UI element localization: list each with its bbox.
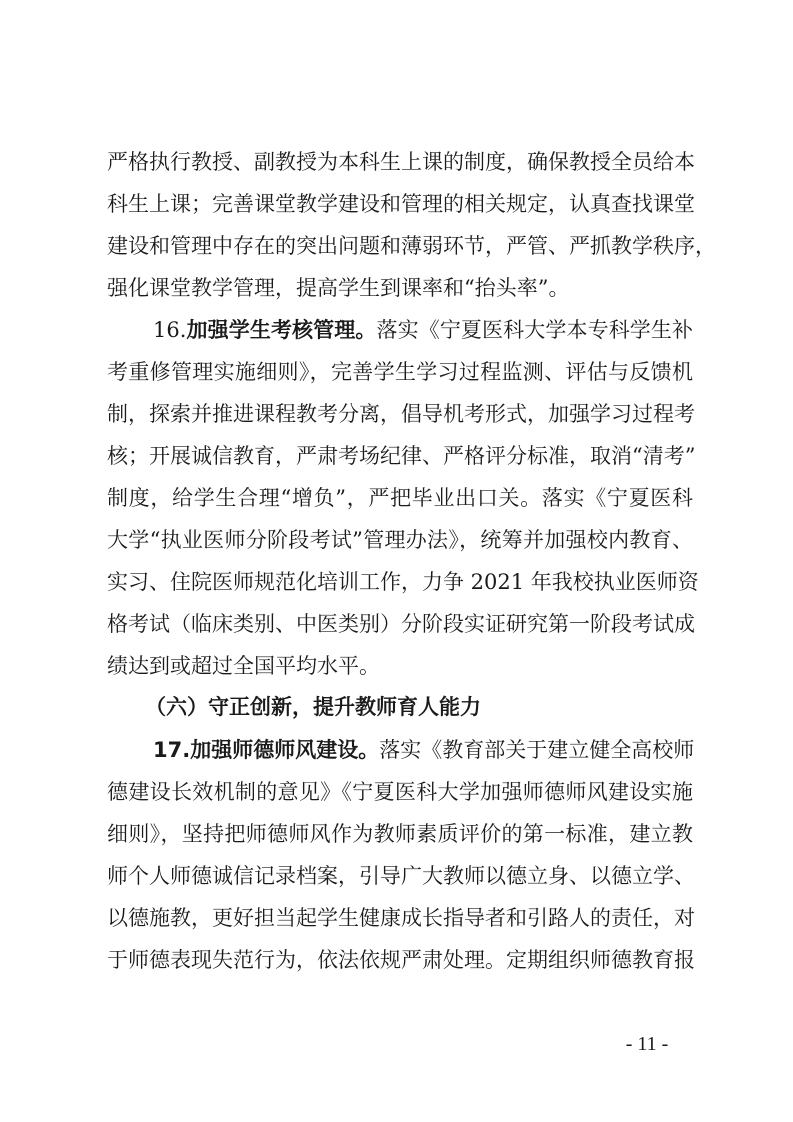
body-text-line: 考重修管理实施细则》，完善学生学习过程监测、评估与反馈机	[107, 357, 693, 387]
body-text-line: 大学“执业医师分阶段考试”管理办法》，统筹并加强校内教育、	[107, 525, 693, 555]
body-text-line: 格考试（临床类别、中医类别）分阶段实证研究第一阶段考试成	[107, 609, 693, 639]
page-number: - 11 -	[612, 1030, 682, 1058]
body-text-line: 于师德表现失范行为，依法依规严肃处理。定期组织师德教育报	[107, 945, 693, 975]
item-16-number: 16.	[153, 318, 186, 342]
body-text-line: 细则》，坚持把师德师风作为教师素质评价的第一标准，建立教	[107, 819, 693, 849]
body-text-line: 制度，给学生合理“增负”，严把毕业出口关。落实《宁夏医科	[107, 483, 693, 513]
body-text-line: 实习、住院医师规范化培训工作，力争 2021 年我校执业医师资	[107, 567, 693, 597]
body-text-line: 以德施教，更好担当起学生健康成长指导者和引路人的责任，对	[107, 903, 693, 933]
body-text-line: 建设和管理中存在的突出问题和薄弱环节，严管、严抓教学秩序，	[107, 231, 693, 261]
item-17-text: 落实《教育部关于建立健全高校师	[379, 738, 694, 762]
body-text-line: 绩达到或超过全国平均水平。	[107, 651, 693, 681]
item-16-text: 落实《宁夏医科大学本专科学生补	[377, 318, 694, 342]
body-text-line: 师个人师德诚信记录档案，引导广大教师以德立身、以德立学、	[107, 861, 693, 891]
body-text-line: 制，探索并推进课程教考分离，倡导机考形式，加强学习过程考	[107, 399, 693, 429]
body-text-line: 强化课堂教学管理，提高学生到课率和“抬头率”。	[107, 273, 693, 303]
item-17-first-line: 17.加强师德师风建设。落实《教育部关于建立健全高校师	[153, 735, 693, 765]
document-page: 严格执行教授、副教授为本科生上课的制度，确保教授全员给本 科生上课；完善课堂教学…	[0, 0, 793, 1122]
body-text-line: 科生上课；完善课堂教学建设和管理的相关规定，认真查找课堂	[107, 189, 693, 219]
item-16-title: 加强学生考核管理。	[186, 318, 376, 342]
item-16-first-line: 16.加强学生考核管理。落实《宁夏医科大学本专科学生补	[153, 315, 693, 345]
body-text-line: 核；开展诚信教育，严肃考场纪律、严格评分标准，取消“清考”	[107, 441, 693, 471]
body-text-line: 严格执行教授、副教授为本科生上课的制度，确保教授全员给本	[107, 147, 693, 177]
item-17-title: 加强师德师风建设。	[190, 738, 379, 762]
body-text-line: 德建设长效机制的意见》《宁夏医科大学加强师德师风建设实施	[107, 777, 693, 807]
section-heading: （六）守正创新，提升教师育人能力	[145, 692, 685, 722]
item-17-number: 17.	[153, 738, 190, 762]
